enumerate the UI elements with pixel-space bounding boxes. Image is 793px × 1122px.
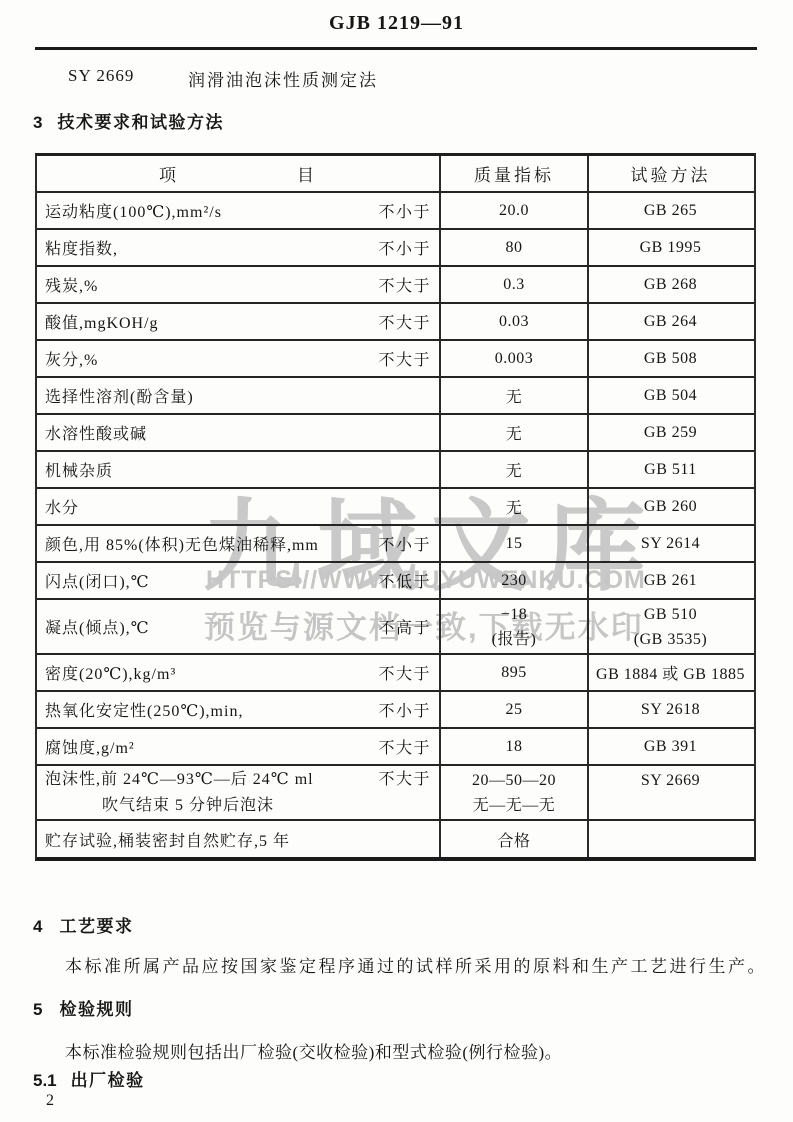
row-method: GB 1995 [640,239,702,257]
table-row: 凝点(倾点),℃不高于 −18 (报告) GB 510 (GB 3535) [37,600,754,655]
row-value: 25 [506,701,523,719]
table-row: 粘度指数,不小于 80 GB 1995 [37,230,754,267]
header-rule [35,47,757,50]
table-row: 颜色,用 85%(体积)无色煤油稀释,mm不小于 15 SY 2614 [37,526,754,563]
row-item-label: 密度(20℃),kg/m³ [45,661,176,684]
row-method: SY 2614 [641,535,700,553]
section-title: 工艺要求 [59,912,133,937]
section-heading-5: 5 检验规则 [33,995,133,1020]
row-item-label: 热氧化安定性(250℃),min, [45,698,243,721]
table-row: 热氧化安定性(250℃),min,不小于 25 SY 2618 [37,692,754,729]
row-method-line1: GB 510 [644,602,697,627]
row-item-label: 闪点(闭口),℃ [45,569,150,592]
section-paragraph: 本标准检验规则包括出厂检验(交收检验)和型式检验(例行检验)。 [65,1038,562,1063]
section-title: 检验规则 [59,995,133,1020]
row-value-line1: −18 [501,602,528,627]
header-method-label: 试验方法 [631,161,711,186]
row-method: GB 391 [644,738,697,756]
row-qualifier: 不小于 [378,236,439,259]
document-code: GJB 1219—91 [0,12,793,35]
row-item-label: 灰分,% [45,347,98,370]
row-value: 0.003 [495,350,534,368]
row-method-line2: (GB 3535) [634,627,707,652]
table-row: 泡沫性,前 24℃—93℃—后 24℃ ml 不大于 吹气结束 5 分钟后泡沫 … [37,766,754,821]
table-row: 贮存试验,桶装密封自然贮存,5 年 合格 [37,821,754,857]
table-row: 密度(20℃),kg/m³不大于 895 GB 1884 或 GB 1885 [37,655,754,692]
header-item-char-a: 项 [159,161,179,186]
table-row: 酸值,mgKOH/g不大于 0.03 GB 264 [37,304,754,341]
row-value: 无 [506,384,523,407]
spec-table: 项 目 质量指标 试验方法 运动粘度(100℃),mm²/s不小于 20.0 G… [35,153,756,861]
row-qualifier: 不大于 [378,661,439,684]
section-heading-5-1: 5.1 出厂检验 [33,1066,145,1091]
row-item-label: 水分 [45,495,79,518]
row-qualifier: 不大于 [378,767,439,793]
row-value-line2: 无—无—无 [473,793,556,818]
row-item-label: 颜色,用 85%(体积)无色煤油稀释,mm [45,532,319,555]
row-method: SY 2618 [641,701,700,719]
table-row: 水分 无 GB 260 [37,489,754,526]
section-number: 5.1 [33,1071,57,1091]
row-value: 20.0 [499,202,529,220]
table-row: 灰分,%不大于 0.003 GB 508 [37,341,754,378]
row-qualifier: 不小于 [378,532,439,555]
section-number: 4 [33,917,42,937]
row-item-label: 机械杂质 [45,458,113,481]
header-cell-item: 项 目 [37,156,439,191]
row-qualifier: 不大于 [378,347,439,370]
page-number: 2 [46,1092,54,1110]
row-value: 无 [506,495,523,518]
header-cell-value: 质量指标 [439,156,587,191]
row-item-label: 粘度指数, [45,236,118,259]
table-row: 运动粘度(100℃),mm²/s不小于 20.0 GB 265 [37,193,754,230]
row-method: SY 2669 [641,772,700,790]
section-title: 出厂检验 [71,1066,145,1091]
header-item-char-b: 目 [297,161,317,186]
row-item-label: 运动粘度(100℃),mm²/s [45,199,222,222]
table-header-row: 项 目 质量指标 试验方法 [37,156,754,193]
row-item-label: 腐蚀度,g/m² [45,735,135,758]
section-heading-4: 4 工艺要求 [33,912,133,937]
row-method: GB 508 [644,350,697,368]
table-row: 残炭,%不大于 0.3 GB 268 [37,267,754,304]
row-method: GB 261 [644,572,697,590]
row-item-label: 残炭,% [45,273,98,296]
row-value: 无 [506,421,523,444]
row-method: GB 268 [644,276,697,294]
table-row: 机械杂质 无 GB 511 [37,452,754,489]
row-item-label: 凝点(倾点),℃ [45,615,150,638]
header-value-label: 质量指标 [474,161,554,186]
header-cell-method: 试验方法 [587,156,752,191]
section-paragraph: 本标准所属产品应按国家鉴定程序通过的试样所采用的原料和生产工艺进行生产。 [65,952,767,977]
row-item-label-line1: 泡沫性,前 24℃—93℃—后 24℃ ml [45,767,314,793]
row-value: 0.03 [499,313,529,331]
ref-standard-code: SY 2669 [68,66,134,86]
row-value: 80 [506,239,523,257]
row-value: 895 [501,664,527,682]
table-row: 选择性溶剂(酚含量) 无 GB 504 [37,378,754,415]
row-value: 230 [501,572,527,590]
row-method: GB 504 [644,387,697,405]
row-value: 合格 [497,828,530,851]
row-qualifier: 不小于 [378,199,439,222]
row-qualifier: 不低于 [378,569,439,592]
row-method: GB 265 [644,202,697,220]
row-item-label: 选择性溶剂(酚含量) [45,384,194,407]
row-method: GB 511 [644,461,697,479]
table-row: 腐蚀度,g/m²不大于 18 GB 391 [37,729,754,766]
row-qualifier: 不小于 [378,698,439,721]
section-number: 3 [33,113,42,133]
ref-standard-title: 润滑油泡沫性质测定法 [188,66,378,91]
row-method: GB 259 [644,424,697,442]
row-qualifier: 不高于 [378,615,439,638]
row-qualifier: 不大于 [378,735,439,758]
row-value: 15 [506,535,523,553]
row-method: GB 1884 或 GB 1885 [596,661,745,684]
table-row: 水溶性酸或碱 无 GB 259 [37,415,754,452]
row-item-label: 贮存试验,桶装密封自然贮存,5 年 [45,828,290,851]
row-item-label: 水溶性酸或碱 [45,421,147,444]
row-value: 0.3 [503,276,525,294]
row-value: 18 [506,738,523,756]
section-heading-3: 3 技术要求和试验方法 [33,108,224,133]
document-page: 九域文库 HTTPS://WWW.JIUYUWENKU.COM 预览与源文档一致… [0,0,793,1122]
row-value-line2: (报告) [492,627,537,652]
row-value-line1: 20—50—20 [472,768,556,793]
section-number: 5 [33,1000,42,1020]
section-title: 技术要求和试验方法 [57,108,224,133]
row-qualifier: 不大于 [378,310,439,333]
row-qualifier: 不大于 [378,273,439,296]
row-item-label-line2: 吹气结束 5 分钟后泡沫 [45,793,439,819]
row-item-label: 酸值,mgKOH/g [45,310,159,333]
row-method: GB 260 [644,498,697,516]
row-value: 无 [506,458,523,481]
row-method: GB 264 [644,313,697,331]
table-row: 闪点(闭口),℃不低于 230 GB 261 [37,563,754,600]
